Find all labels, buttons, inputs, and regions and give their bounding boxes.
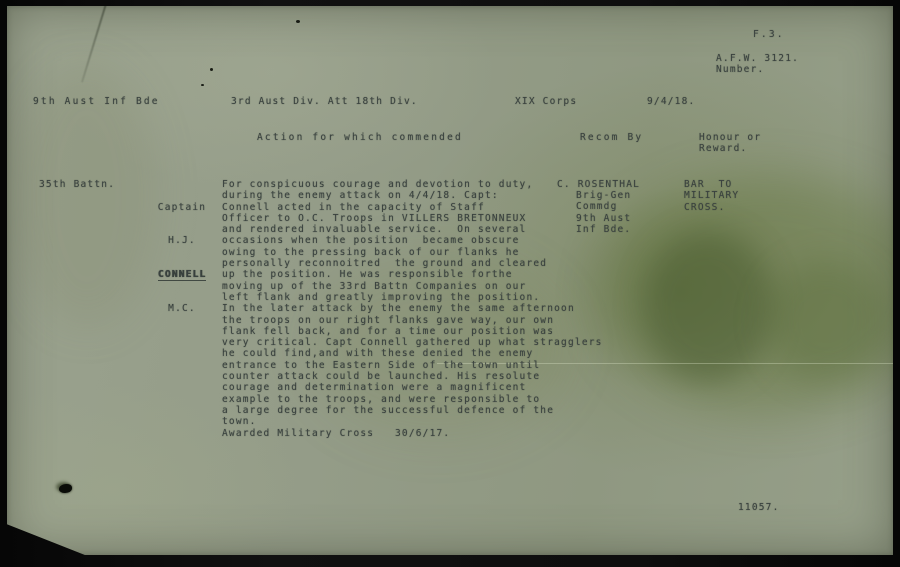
document-paper: F.3. A.F.W. 3121. Number. 9th Aust Inf B…: [7, 6, 893, 555]
unit-text: 35th Battn.: [39, 179, 115, 190]
action-citation-text: For conspicuous courage and devotion to …: [222, 179, 603, 439]
officer-rank: Captain: [136, 202, 228, 213]
paper-hole: [59, 484, 72, 493]
recommender-name: C. ROSENTHAL: [557, 179, 640, 190]
recommender-title: Brig-Gen Commdg 9th Aust Inf Bde.: [576, 190, 631, 235]
brigade-text: 9th Aust Inf Bde: [33, 96, 160, 107]
officer-initials: H.J.: [136, 235, 228, 246]
column-header-action: Action for which commended: [257, 132, 463, 143]
paper-crease: [81, 3, 107, 82]
paper-speck: [201, 84, 204, 86]
stain-patch: [643, 231, 773, 381]
column-header-honour: Honour or Reward.: [699, 132, 761, 155]
officer-name-block: Captain H.J. CONNELL M.C.: [136, 179, 228, 337]
date-text: 9/4/18.: [647, 96, 695, 107]
stain-patch: [603, 176, 900, 411]
honour-text: BAR TO MILITARY CROSS.: [684, 179, 739, 213]
paper-speck: [296, 20, 300, 23]
corps-text: XIX Corps: [515, 96, 577, 107]
officer-surname: CONNELL: [136, 269, 228, 280]
scan-background: F.3. A.F.W. 3121. Number. 9th Aust Inf B…: [0, 0, 900, 567]
officer-decoration: M.C.: [136, 303, 228, 314]
form-ref: F.3.: [753, 29, 785, 40]
paper-speck: [210, 68, 213, 71]
form-number: A.F.W. 3121. Number.: [716, 53, 799, 76]
division-text: 3rd Aust Div. Att 18th Div.: [231, 96, 418, 107]
column-header-recom: Recom By: [580, 132, 643, 143]
reference-number: 11057.: [738, 502, 780, 513]
